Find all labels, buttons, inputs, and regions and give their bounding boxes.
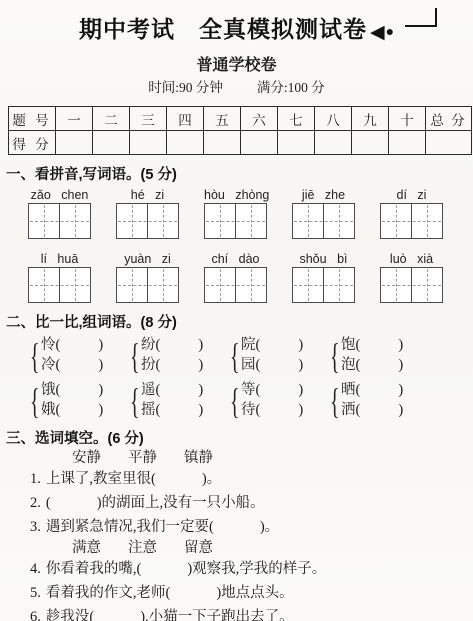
score-cell (389, 131, 426, 155)
col-header: 七 (278, 107, 315, 131)
pair-line: 等() (241, 382, 303, 399)
writing-box (28, 267, 91, 303)
brace-icon: { (330, 338, 336, 374)
writing-cell (381, 268, 411, 302)
time-label: 时间:90 分钟 (148, 76, 223, 94)
pair-line: 院() (241, 337, 303, 354)
exam-meta: 时间:90 分钟 满分:100 分 (0, 76, 473, 94)
char-pair: { 晒() 洒() (330, 382, 430, 419)
pair-row-2: { 饿() 娥() { 遥() 摇() { 等() 待() { 晒() 洒() (30, 382, 473, 419)
col-header: 九 (352, 107, 389, 131)
paper-subtitle: 普通学校卷 (0, 52, 473, 72)
writing-box (204, 203, 267, 239)
score-label: 得 分 (9, 131, 56, 155)
sentence-number: 2. (30, 495, 41, 511)
pair-line: 冷() (41, 357, 103, 374)
pinyin-row-1: zǎo chen hé zi hòu zhòng jiē zhe dí zi (28, 187, 443, 239)
pair-line: 摇() (141, 402, 203, 419)
writing-cell (59, 268, 90, 302)
score-cell (278, 131, 315, 155)
writing-cell (323, 204, 354, 238)
writing-cell (117, 204, 147, 238)
pinyin-group: luò xià (380, 251, 443, 303)
score-table: 题 号 一 二 三 四 五 六 七 八 九 十 总 分 得 分 (8, 106, 472, 155)
char-pair: { 饱() 泡() (330, 337, 430, 374)
pinyin-group: jiē zhe (292, 187, 355, 239)
pinyin-label: chí dào (204, 251, 267, 267)
pinyin-group: hé zi (116, 187, 179, 239)
brace-icon: { (230, 338, 236, 374)
pinyin-row-2: lí huā yuàn zi chí dào shǒu bì luò xià (28, 251, 443, 303)
writing-box (116, 267, 179, 303)
sentence-5: 5.看着我的作文,老师()地点点头。 (30, 581, 473, 605)
score-cell (167, 131, 204, 155)
brace-icon: { (130, 338, 136, 374)
pinyin-label: luò xià (380, 251, 443, 267)
bank-word: 留意 (184, 539, 213, 557)
writing-box (292, 203, 355, 239)
pinyin-group: dí zi (380, 187, 443, 239)
col-header: 八 (315, 107, 352, 131)
pair-line: 饱() (341, 337, 403, 354)
score-cell (241, 131, 278, 155)
col-header: 三 (130, 107, 167, 131)
pair-line: 娥() (41, 402, 103, 419)
brace-icon: { (30, 338, 36, 374)
writing-cell (293, 204, 323, 238)
pinyin-label: zǎo chen (28, 187, 91, 203)
pinyin-label: hòu zhòng (204, 187, 267, 203)
pair-line: 遥() (141, 382, 203, 399)
sentence-number: 3. (30, 519, 41, 535)
brace-icon: { (30, 383, 36, 419)
writing-cell (147, 204, 178, 238)
char-pair: { 等() 待() (230, 382, 330, 419)
writing-cell (411, 268, 442, 302)
pinyin-group: chí dào (204, 251, 267, 303)
pair-line: 泡() (341, 357, 403, 374)
writing-box (292, 267, 355, 303)
bank-word: 满意 (72, 539, 101, 557)
col-header: 二 (93, 107, 130, 131)
sentence-4: 4.你看着我的嘴,()观察我,学我的样子。 (30, 557, 473, 581)
question-number-label: 题 号 (9, 107, 56, 131)
pinyin-label: hé zi (116, 187, 179, 203)
score-cell-total (426, 131, 472, 155)
col-header: 一 (56, 107, 93, 131)
score-cell (130, 131, 167, 155)
pinyin-group: zǎo chen (28, 187, 91, 239)
writing-cell (29, 268, 59, 302)
pair-line: 饿() (41, 382, 103, 399)
sentence-3: 3.遇到紧急情况,我们一定要()。 (30, 515, 473, 539)
writing-cell (235, 268, 266, 302)
writing-box (380, 267, 443, 303)
pair-line: 纷() (141, 337, 203, 354)
word-bank-1: 安静 平静 镇静 (72, 449, 473, 467)
char-pair: { 院() 园() (230, 337, 330, 374)
pinyin-label: dí zi (380, 187, 443, 203)
word-bank-2: 满意 注意 留意 (72, 539, 473, 557)
brace-icon: { (130, 383, 136, 419)
sentence-1: 1.上课了,教室里很()。 (30, 467, 473, 491)
sentence-number: 4. (30, 561, 41, 577)
triangle-icon: ◀ (370, 22, 385, 43)
writing-cell (29, 204, 59, 238)
pinyin-group: yuàn zi (116, 251, 179, 303)
sentence-6: 6.趁我没(),小猫一下子跑出去了。 (30, 605, 473, 621)
col-header: 十 (389, 107, 426, 131)
writing-cell (147, 268, 178, 302)
corner-crop-mark (405, 8, 437, 27)
writing-box (116, 203, 179, 239)
sentence-number: 6. (30, 609, 41, 621)
pinyin-label: lí huā (28, 251, 91, 267)
sentence-number: 1. (30, 471, 41, 487)
col-header: 四 (167, 107, 204, 131)
score-cell (93, 131, 130, 155)
score-cell (56, 131, 93, 155)
brace-icon: { (330, 383, 336, 419)
section1-heading: 一、看拼音,写词语。(5 分) (6, 165, 473, 185)
bank-word: 平静 (128, 449, 157, 467)
writing-cell (323, 268, 354, 302)
writing-box (380, 203, 443, 239)
sentence-number: 5. (30, 585, 41, 601)
col-header: 五 (204, 107, 241, 131)
score-cell (352, 131, 389, 155)
writing-box (28, 203, 91, 239)
full-score-label: 满分:100 分 (257, 76, 325, 94)
writing-cell (205, 268, 235, 302)
bank-word: 注意 (128, 539, 157, 557)
col-header-total: 总 分 (426, 107, 472, 131)
pinyin-label: jiē zhe (292, 187, 355, 203)
dot-icon: ● (386, 25, 394, 40)
bank-word: 安静 (72, 449, 101, 467)
char-pair: { 遥() 摇() (130, 382, 230, 419)
brace-icon: { (230, 383, 236, 419)
pinyin-group: shǒu bì (292, 251, 355, 303)
pair-line: 晒() (341, 382, 403, 399)
pinyin-label: yuàn zi (116, 251, 179, 267)
score-row: 得 分 (9, 131, 472, 155)
col-header: 六 (241, 107, 278, 131)
writing-cell (235, 204, 266, 238)
pinyin-group: lí huā (28, 251, 91, 303)
writing-cell (293, 268, 323, 302)
section2-heading: 二、比一比,组词语。(8 分) (6, 313, 473, 333)
header: 期中考试 全真模拟测试卷◀● (0, 12, 473, 46)
pair-line: 待() (241, 402, 303, 419)
section3-heading: 三、选词填空。(6 分) (6, 429, 473, 449)
char-pair: { 怜() 冷() (30, 337, 130, 374)
pair-row-1: { 怜() 冷() { 纷() 扮() { 院() 园() { 饱() 泡() (30, 337, 473, 374)
char-pair: { 纷() 扮() (130, 337, 230, 374)
pinyin-label: shǒu bì (292, 251, 355, 267)
writing-box (204, 267, 267, 303)
pair-line: 洒() (341, 402, 403, 419)
writing-cell (59, 204, 90, 238)
score-cell (315, 131, 352, 155)
page-title: 期中考试 全真模拟测试卷 (79, 16, 367, 42)
sentence-2: 2.()的湖面上,没有一只小船。 (30, 491, 473, 515)
writing-cell (205, 204, 235, 238)
pair-line: 怜() (41, 337, 103, 354)
exam-paper-page: 期中考试 全真模拟测试卷◀● 普通学校卷 时间:90 分钟 满分:100 分 题… (0, 0, 473, 621)
bank-word: 镇静 (184, 449, 213, 467)
score-cell (204, 131, 241, 155)
question-number-row: 题 号 一 二 三 四 五 六 七 八 九 十 总 分 (9, 107, 472, 131)
pinyin-group: hòu zhòng (204, 187, 267, 239)
pair-line: 园() (241, 357, 303, 374)
writing-cell (381, 204, 411, 238)
writing-cell (411, 204, 442, 238)
char-pair: { 饿() 娥() (30, 382, 130, 419)
writing-cell (117, 268, 147, 302)
pair-line: 扮() (141, 357, 203, 374)
